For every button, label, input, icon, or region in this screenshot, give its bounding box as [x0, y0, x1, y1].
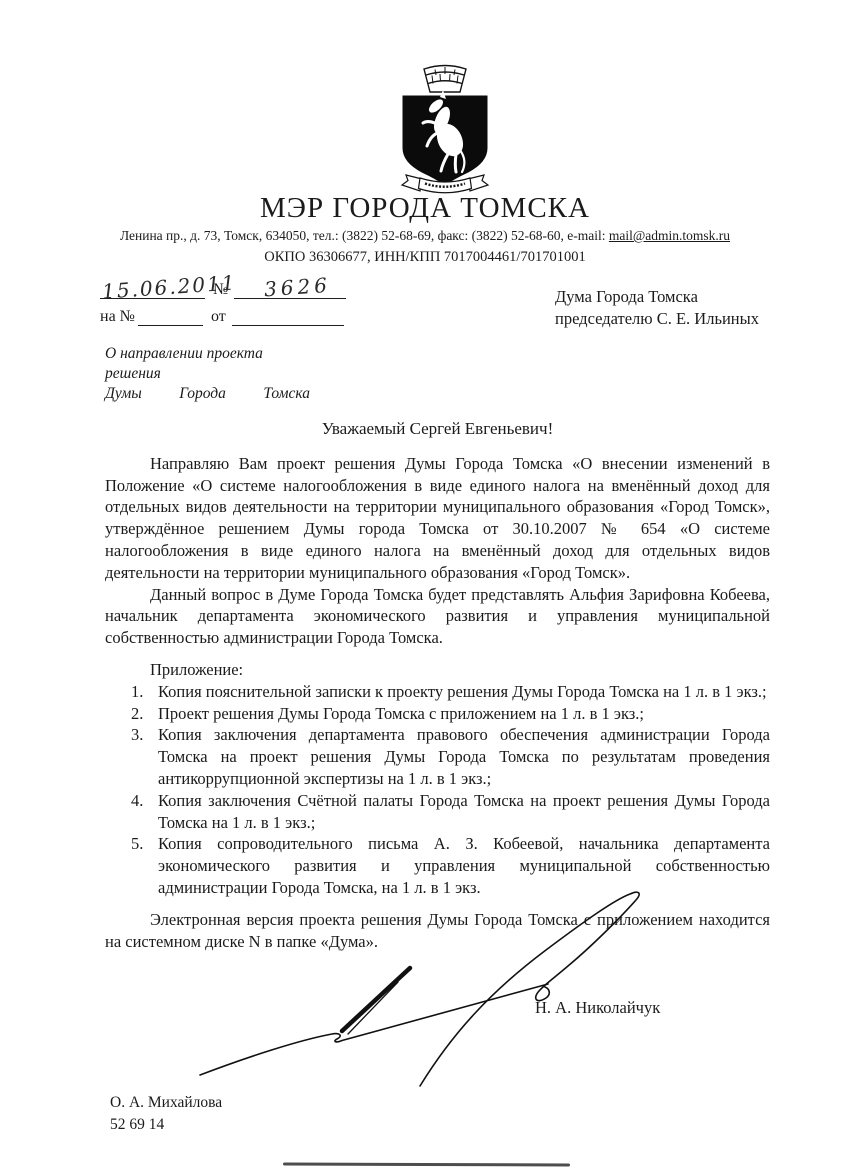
executor-phone: 52 69 14 [110, 1114, 222, 1136]
address-text: Ленина пр., д. 73, Томск, 634050, тел.: … [120, 228, 609, 243]
recipient-person: председателю С. Е. Ильиных [555, 308, 759, 330]
scanned-letter-page: МЭР ГОРОДА ТОМСКА Ленина пр., д. 73, Том… [0, 0, 850, 1170]
executor-name: О. А. Михайлова [110, 1092, 222, 1114]
subject-word: Думы [105, 384, 142, 404]
org-address-line: Ленина пр., д. 73, Томск, 634050, тел.: … [0, 228, 850, 244]
subject-word: Города [179, 384, 226, 404]
handwritten-number: 3626 [264, 273, 332, 302]
reference-block: 15.06.2011 № 3626 на № от [100, 272, 360, 326]
salutation: Уважаемый Сергей Евгеньевич! [105, 418, 770, 440]
attachment-item: Копия сопроводительного письма А. З. Коб… [105, 833, 770, 898]
reference-row-reply: на № от [100, 299, 360, 326]
email-link: mail@admin.tomsk.ru [609, 228, 730, 243]
letter-body: Уважаемый Сергей Евгеньевич! Направляю В… [105, 418, 770, 952]
subject-word: Томска [263, 384, 310, 404]
from-label: от [211, 308, 226, 326]
mural-crown-icon [424, 66, 466, 93]
reply-number-blank-line [138, 325, 203, 326]
attachment-item: Копия пояснительной записки к проекту ре… [105, 681, 770, 703]
attachments-label: Приложение: [105, 659, 770, 681]
reference-row-number: 15.06.2011 № 3626 [100, 272, 360, 299]
attachments-list: Копия пояснительной записки к проекту ре… [105, 681, 770, 899]
subject-line2: Думы Города Томска [105, 384, 310, 404]
subject-block: О направлении проекта решения Думы Город… [105, 344, 317, 404]
attachment-item: Проект решения Думы Города Томска с прил… [105, 703, 770, 725]
tomsk-coat-of-arms-icon [398, 62, 492, 196]
executor-block: О. А. Михайлова 52 69 14 [110, 1092, 222, 1136]
reply-label: на № [100, 308, 135, 326]
number-blank-line: 3626 [234, 298, 346, 299]
recipient-block: Дума Города Томска председателю С. Е. Ил… [555, 286, 759, 330]
attachment-item: Копия заключения департамента правового … [105, 724, 770, 789]
reply-date-blank-line [232, 325, 344, 326]
org-codes-line: ОКПО 36306677, ИНН/КПП 7017004461/701701… [0, 249, 850, 266]
attachment-item: Копия заключения Счётной палаты Города Т… [105, 790, 770, 834]
signer-name: Н. А. Николайчук [535, 998, 660, 1018]
paragraph-2: Данный вопрос в Думе Города Томска будет… [105, 584, 770, 649]
paragraph-1: Направляю Вам проект решения Думы Города… [105, 453, 770, 584]
scan-edge-artifact [283, 1162, 570, 1166]
recipient-org: Дума Города Томска [555, 286, 759, 308]
org-name: МЭР ГОРОДА ТОМСКА [0, 192, 850, 225]
subject-line1: О направлении проекта решения [105, 344, 317, 384]
closing-paragraph: Электронная версия проекта решения Думы … [105, 909, 770, 953]
date-blank-line: 15.06.2011 [100, 298, 205, 299]
